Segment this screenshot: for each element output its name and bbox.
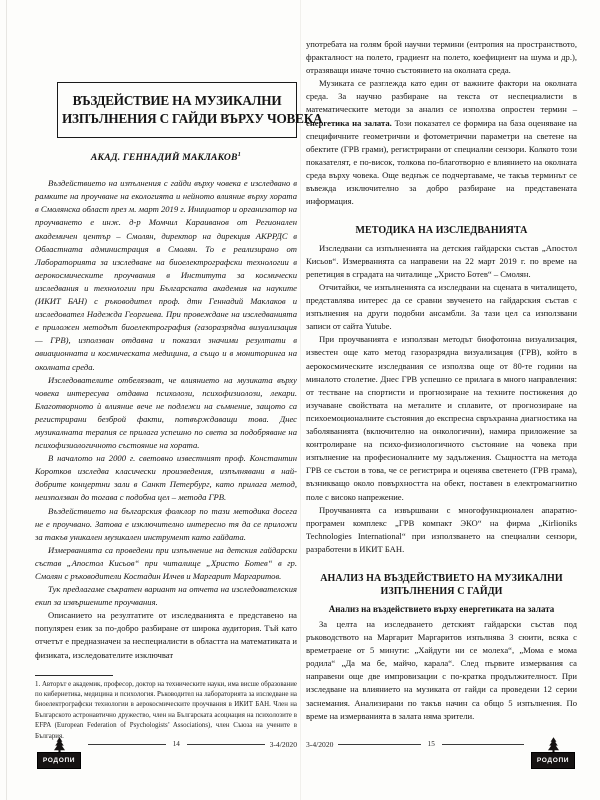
- rodopi-logo: РОДОПИ: [529, 737, 577, 769]
- abstract-paragraph: Измерванията са проведени при изпълнение…: [35, 544, 297, 583]
- rodopi-logo-text: РОДОПИ: [37, 752, 81, 769]
- rodopi-logo: РОДОПИ: [35, 737, 83, 769]
- magazine-spread: ВЪЗДЕЙСТВИЕ НА МУЗИКАЛНИ ИЗПЪЛНЕНИЯ С ГА…: [0, 0, 600, 800]
- right-page: употребата на голям брой научни термини …: [306, 0, 577, 800]
- article-title-line-1: ВЪЗДЕЙСТВИЕ НА МУЗИКАЛНИ: [62, 92, 292, 110]
- author-name: АКАД. ГЕННАДИЙ МАКЛАКОВ: [91, 152, 238, 163]
- abstract-paragraph: Въздействието на изпълнения с гайди върх…: [35, 177, 297, 373]
- body-paragraph: Изследвани са изпълненията на детския га…: [306, 242, 577, 281]
- article-title-box: ВЪЗДЕЙСТВИЕ НА МУЗИКАЛНИ ИЗПЪЛНЕНИЯ С ГА…: [57, 82, 297, 138]
- footer-rule: [338, 744, 420, 745]
- body-paragraph: За целта на изследването детският гайдар…: [306, 618, 577, 723]
- footer-rule: [88, 744, 166, 745]
- right-page-body: употребата на голям брой научни термини …: [306, 0, 577, 723]
- body-paragraph: Описанието на резултатите от изследвания…: [35, 609, 297, 661]
- fir-tree-icon: [53, 737, 66, 753]
- scan-edge: [6, 0, 7, 800]
- section-heading-analiz: АНАЛИЗ НА ВЪЗДЕЙСТВИЕТО НА МУЗИКАЛНИ ИЗП…: [306, 572, 577, 599]
- issue-label: 3-4/2020: [270, 740, 297, 749]
- footer-rule: [187, 744, 265, 745]
- rodopi-logo-text: РОДОПИ: [531, 752, 575, 769]
- body-paragraph: При проучванията е използван методът био…: [306, 333, 577, 503]
- abstract-paragraph: Изследователите отбелязват, че влиянието…: [35, 374, 297, 453]
- author-line: АКАД. ГЕННАДИЙ МАКЛАКОВ1: [35, 151, 297, 163]
- page-number: 15: [426, 740, 437, 748]
- footnote-reference: 1: [238, 151, 241, 158]
- page-number: 14: [171, 740, 182, 748]
- abstract-section: Въздействието на изпълнения с гайди върх…: [35, 177, 297, 609]
- body-paragraph: Проучванията са извършвани с многофункци…: [306, 504, 577, 556]
- left-page: ВЪЗДЕЙСТВИЕ НА МУЗИКАЛНИ ИЗПЪЛНЕНИЯ С ГА…: [35, 0, 297, 800]
- left-page-footer: РОДОПИ 14 3-4/2020: [35, 738, 297, 750]
- footer-rule: [442, 744, 524, 745]
- body-paragraph: Отчитайки, че изпълненията са изследвани…: [306, 281, 577, 333]
- body-paragraph: употребата на голям брой научни термини …: [306, 38, 577, 77]
- paragraph-text: Музиката се разглежда като един от важни…: [306, 78, 577, 114]
- subsection-heading: Анализ на въздействието върху енергетика…: [306, 603, 577, 615]
- article-title-line-2: ИЗПЪЛНЕНИЯ С ГАЙДИ ВЪРХУ ЧОВЕКА: [62, 110, 292, 128]
- paragraph-text: Този показател се формира на база оценяв…: [306, 118, 577, 207]
- footnote-text: 1. Авторът е академик, професор, доктор …: [35, 680, 297, 742]
- bold-term: енергетика на залата.: [306, 118, 392, 128]
- body-paragraph-energetika: Музиката се разглежда като един от важни…: [306, 77, 577, 208]
- abstract-paragraph: В началото на 2000 г. световно известния…: [35, 452, 297, 504]
- fir-tree-icon: [547, 737, 560, 753]
- issue-label: 3-4/2020: [306, 740, 333, 749]
- abstract-paragraph: Въздействието на българския фолклор по т…: [35, 505, 297, 544]
- section-heading-methodika: МЕТОДИКА НА ИЗСЛЕДВАНИЯТА: [306, 224, 577, 238]
- right-page-footer: 3-4/2020 15 РОДОПИ: [306, 738, 577, 750]
- abstract-paragraph: Тук предлагаме съкратен вариант на отчет…: [35, 583, 297, 609]
- footnote-divider: [35, 675, 113, 676]
